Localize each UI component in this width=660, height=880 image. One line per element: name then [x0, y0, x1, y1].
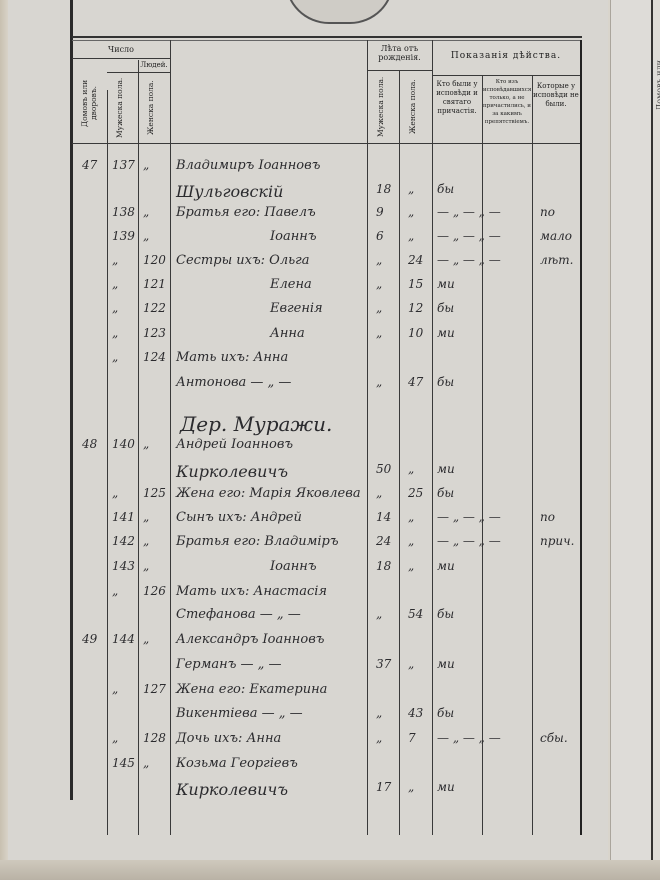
- not-confessed-note: лѣт.: [540, 253, 573, 267]
- male-number: „: [112, 350, 118, 364]
- male-number: „: [112, 326, 118, 340]
- person-name: Кирколевичъ: [176, 462, 288, 481]
- confession-mark: бы: [437, 301, 454, 315]
- age-male: „: [376, 277, 382, 291]
- age-male: 6: [376, 229, 384, 243]
- header-age: Лѣта отъ рожденія.: [367, 44, 432, 62]
- confession-mark: ми: [437, 462, 455, 476]
- age-female: „: [408, 462, 414, 476]
- header-male: Мужеска пола.: [115, 76, 131, 140]
- age-male: „: [376, 486, 382, 500]
- male-number: „: [112, 486, 118, 500]
- male-number: „: [112, 253, 118, 267]
- confession-mark: — „ — „ —: [437, 731, 501, 745]
- male-number: „: [112, 731, 118, 745]
- female-number: 121: [143, 277, 166, 291]
- person-name: Александръ Іоанновъ: [176, 632, 324, 647]
- person-name: Владимиръ Іоанновъ: [176, 158, 320, 173]
- confession-mark: бы: [437, 182, 454, 196]
- age-male: 18: [376, 559, 391, 573]
- not-confessed-note: по: [540, 205, 555, 219]
- person-name: Викентіева — „ —: [176, 706, 303, 721]
- facing-page: Домовъ или: [610, 0, 660, 880]
- person-name: Анна: [270, 326, 305, 341]
- male-number: 140: [112, 437, 135, 451]
- age-male: 50: [376, 462, 391, 476]
- header-people: Людей.: [138, 61, 170, 70]
- person-name: Шульговскій: [176, 182, 283, 201]
- male-number: 144: [112, 632, 135, 646]
- female-number: „: [143, 437, 149, 451]
- confession-mark: — „ — „ —: [437, 510, 501, 524]
- age-male: „: [376, 731, 382, 745]
- age-female: 10: [408, 326, 423, 340]
- age-male: „: [376, 375, 382, 389]
- confession-mark: — „ — „ —: [437, 205, 501, 219]
- age-male: 14: [376, 510, 391, 524]
- age-female: 43: [408, 706, 423, 720]
- age-female: „: [408, 182, 414, 196]
- male-number: 138: [112, 205, 135, 219]
- female-number: 127: [143, 682, 166, 696]
- male-number: 142: [112, 534, 135, 548]
- confession-mark: бы: [437, 607, 454, 621]
- person-name: Сынъ ихъ: Андрей: [176, 510, 302, 525]
- female-number: 124: [143, 350, 166, 364]
- person-name: Кирколевичъ: [176, 780, 288, 799]
- header-houses: Домовъ или дворовъ.: [80, 68, 102, 138]
- female-number: „: [143, 158, 149, 172]
- confession-mark: бы: [437, 706, 454, 720]
- not-confessed-note: мало: [540, 229, 572, 243]
- female-number: 122: [143, 301, 166, 315]
- female-number: 120: [143, 253, 166, 267]
- person-name: Мать ихъ: Анна: [176, 350, 288, 365]
- person-name: Мать ихъ: Анастасія: [176, 584, 327, 599]
- not-confessed-note: прич.: [540, 534, 574, 548]
- confession-mark: — „ — „ —: [437, 253, 501, 267]
- header-confessed: Кто были у исповѣди и святаго причастія.: [433, 80, 481, 116]
- age-male: 18: [376, 182, 391, 196]
- female-number: 128: [143, 731, 166, 745]
- age-female: „: [408, 205, 414, 219]
- age-male: „: [376, 301, 382, 315]
- age-male: „: [376, 607, 382, 621]
- house-number: 47: [82, 158, 97, 172]
- age-male: 24: [376, 534, 391, 548]
- header-age-male: Мужеска пола.: [376, 74, 392, 140]
- person-name: Жена его: Екатерина: [176, 682, 327, 697]
- header-female: Женска пола.: [146, 76, 162, 140]
- female-number: „: [143, 632, 149, 646]
- person-name: Антонова — „ —: [176, 375, 291, 390]
- male-number: 141: [112, 510, 135, 524]
- age-male: „: [376, 326, 382, 340]
- person-name: Германъ — „ —: [176, 657, 282, 672]
- age-male: 37: [376, 657, 391, 671]
- age-female: „: [408, 657, 414, 671]
- confession-mark: — „ — „ —: [437, 229, 501, 243]
- person-name: Іоаннъ: [270, 559, 317, 574]
- person-name: Евгенія: [270, 301, 323, 316]
- person-name: Елена: [270, 277, 312, 292]
- age-female: 54: [408, 607, 423, 621]
- person-name: Іоаннъ: [270, 229, 317, 244]
- person-name: Стефанова — „ —: [176, 607, 301, 622]
- person-name: Сестры ихъ: Ольга: [176, 253, 310, 268]
- person-name: Дер. Муражи.: [180, 412, 332, 436]
- male-number: „: [112, 682, 118, 696]
- age-female: 12: [408, 301, 423, 315]
- age-male: „: [376, 253, 382, 267]
- age-female: 7: [408, 731, 416, 745]
- confession-mark: ми: [437, 559, 455, 573]
- age-male: „: [376, 706, 382, 720]
- house-number: 49: [82, 632, 97, 646]
- confession-mark: ми: [437, 277, 455, 291]
- confession-mark: ми: [437, 657, 455, 671]
- not-confessed-note: сбы.: [540, 731, 568, 745]
- male-number: 139: [112, 229, 135, 243]
- person-name: Жена его: Марія Яковлева: [176, 486, 361, 501]
- confession-mark: ми: [437, 326, 455, 340]
- male-number: „: [112, 301, 118, 315]
- age-male: 17: [376, 780, 391, 794]
- header-age-female: Женска пола.: [408, 74, 424, 140]
- header-confessed-not-communed: Кто изъ исповѣдавшихся только, а не прич…: [483, 78, 531, 126]
- male-number: 143: [112, 559, 135, 573]
- female-number: „: [143, 510, 149, 524]
- confession-mark: бы: [437, 486, 454, 500]
- age-female: „: [408, 780, 414, 794]
- male-number: 137: [112, 158, 135, 172]
- female-number: 123: [143, 326, 166, 340]
- person-name: Братья его: Павелъ: [176, 205, 316, 220]
- female-number: „: [143, 205, 149, 219]
- female-number: 126: [143, 584, 166, 598]
- age-female: 15: [408, 277, 423, 291]
- female-number: 125: [143, 486, 166, 500]
- header-number: Число: [72, 45, 170, 54]
- age-female: „: [408, 510, 414, 524]
- male-number: 145: [112, 756, 135, 770]
- female-number: „: [143, 559, 149, 573]
- age-female: „: [408, 229, 414, 243]
- confession-mark: бы: [437, 375, 454, 389]
- age-female: „: [408, 534, 414, 548]
- age-female: 47: [408, 375, 423, 389]
- age-male: 9: [376, 205, 384, 219]
- age-female: 25: [408, 486, 423, 500]
- not-confessed-note: по: [540, 510, 555, 524]
- person-name: Дочь ихъ: Анна: [176, 731, 281, 746]
- confession-mark: — „ — „ —: [437, 534, 501, 548]
- female-number: „: [143, 229, 149, 243]
- person-name: Андрей Іоанновъ: [176, 437, 293, 452]
- facing-page-header: Домовъ или: [655, 60, 660, 110]
- person-name: Братья его: Владиміръ: [176, 534, 339, 549]
- age-female: 24: [408, 253, 423, 267]
- house-number: 48: [82, 437, 97, 451]
- male-number: „: [112, 277, 118, 291]
- confession-mark: ми: [437, 780, 455, 794]
- person-name: Козьма Георгіевъ: [176, 756, 298, 771]
- female-number: „: [143, 756, 149, 770]
- female-number: „: [143, 534, 149, 548]
- header-confession: Показанія дѣйства.: [432, 52, 580, 61]
- header-not-confessed: Которые у исповѣди не были.: [533, 82, 579, 109]
- male-number: „: [112, 584, 118, 598]
- age-female: „: [408, 559, 414, 573]
